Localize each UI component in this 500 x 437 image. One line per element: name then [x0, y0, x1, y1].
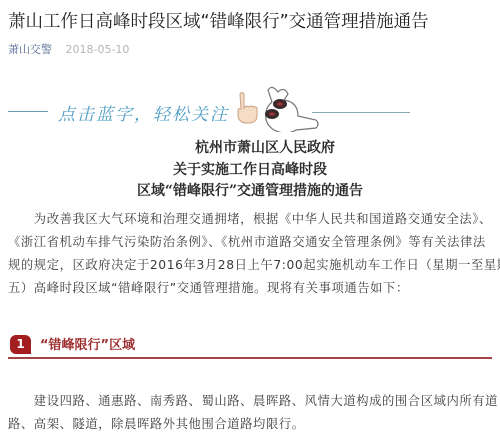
notice-title-line-1: 关于实施工作日高峰时段	[0, 159, 500, 179]
intro-paragraph: 为改善我区大气环境和治理交通拥堵，根据《中华人民共和国道路交通安全法》、 《浙江…	[8, 208, 496, 300]
section-title: “错峰限行”区域	[40, 334, 135, 353]
section-underline	[8, 357, 492, 359]
article-title: 萧山工作日高峰时段区域“错峰限行”交通管理措施通告	[8, 8, 429, 33]
article-meta: 萧山交警 2018-05-10	[8, 41, 129, 57]
notice-title-line-2: 区域“错峰限行”交通管理措施的通告	[0, 180, 500, 200]
section-number-badge: 1	[10, 335, 31, 354]
section-paragraph: 建设四路、通惠路、南秀路、蜀山路、晨晖路、风情大道构成的围合区域内所有道 路、高…	[8, 390, 496, 436]
publish-date: 2018-05-10	[66, 43, 130, 56]
paragraph-line: 规的规定，区政府决定于2016年3月28日上午7:00起实施机动车工作日（星期一…	[8, 254, 496, 277]
bunny-sunglasses-sticker-icon	[258, 84, 322, 132]
author-link[interactable]: 萧山交警	[8, 43, 52, 56]
banner-divider-left	[8, 111, 48, 112]
paragraph-line: 为改善我区大气环境和治理交通拥堵，根据《中华人民共和国道路交通安全法》、	[8, 208, 496, 231]
section-header: 1 “错峰限行”区域	[8, 331, 492, 357]
paragraph-line: 《浙江省机动车排气污染防治条例》、《杭州市道路交通安全管理条例》等有关法律法	[8, 231, 496, 254]
paragraph-line: 建设四路、通惠路、南秀路、蜀山路、晨晖路、风情大道构成的围合区域内所有道	[8, 390, 496, 413]
banner-text: 点击蓝字，轻松关注	[58, 100, 229, 125]
paragraph-line: 五）高峰时段区域“错峰限行”交通管理措施。现将有关事项通告如下：	[8, 277, 496, 300]
paragraph-line: 路、高架、隧道，除晨晖路外其他围合道路均限行。	[8, 413, 496, 436]
banner-divider-right	[312, 112, 410, 113]
notice-issuer: 杭州市萧山区人民政府	[15, 137, 500, 157]
follow-banner[interactable]: 点击蓝字，轻松关注	[0, 78, 500, 134]
